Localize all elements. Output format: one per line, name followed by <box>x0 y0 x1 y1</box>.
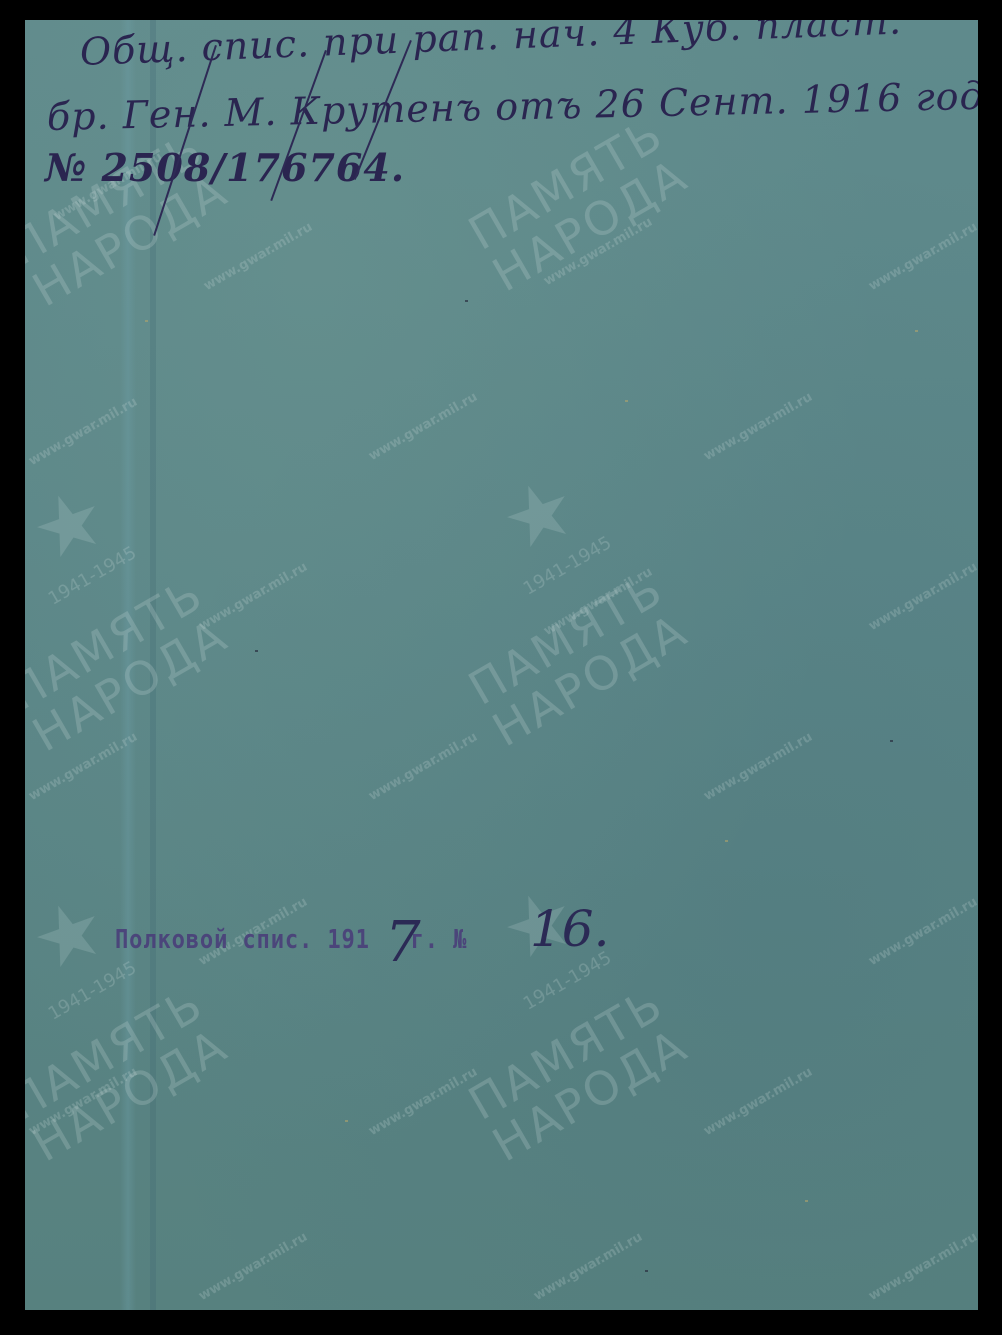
watermark-url: www.gwar.mil.ru <box>531 1230 645 1304</box>
watermark-url: www.gwar.mil.ru <box>866 560 978 634</box>
watermark-url: www.gwar.mil.ru <box>866 895 978 969</box>
watermark-url: www.gwar.mil.ru <box>701 390 815 464</box>
handwritten-line-3: № 2508/176764. <box>45 145 405 190</box>
watermark-url: www.gwar.mil.ru <box>866 220 978 294</box>
watermark-url: www.gwar.mil.ru <box>366 730 480 804</box>
paper-speck <box>805 1200 808 1202</box>
paper-speck <box>915 330 918 332</box>
watermark-url: www.gwar.mil.ru <box>201 220 315 294</box>
paper-speck <box>345 1120 348 1122</box>
watermark-url: www.gwar.mil.ru <box>866 1230 978 1304</box>
watermark-url: www.gwar.mil.ru <box>366 1065 480 1139</box>
stamp-handwritten-number: 16. <box>530 900 610 958</box>
watermark-title: ПАМЯТЬНАРОДА <box>461 564 696 755</box>
stamp-handwritten-year-digit: 7 <box>385 910 421 975</box>
watermark-url: www.gwar.mil.ru <box>366 390 480 464</box>
paper-speck <box>145 320 148 322</box>
archival-document-page: www.gwar.mil.ru www.gwar.mil.ru www.gwar… <box>25 20 978 1310</box>
watermark-url: www.gwar.mil.ru <box>196 1230 310 1304</box>
paper-speck <box>890 740 893 742</box>
handwritten-line-1: Общ. спис. при рап. нач. 4 Куб. пласт. <box>79 20 903 74</box>
watermark-url: www.gwar.mil.ru <box>701 730 815 804</box>
paper-speck <box>465 300 468 302</box>
handwritten-line-2: бр. Ген. М. Крутенъ отъ 26 Сент. 1916 го… <box>47 73 978 139</box>
paper-speck <box>255 650 258 652</box>
watermark-title: ПАМЯТЬНАРОДА <box>461 979 696 1170</box>
paper-speck <box>725 840 728 842</box>
stamp-printed-text: Полковой спис. 191 <box>115 925 370 955</box>
paper-speck <box>625 400 628 402</box>
paper-speck <box>645 1270 648 1272</box>
watermark-url: www.gwar.mil.ru <box>701 1065 815 1139</box>
